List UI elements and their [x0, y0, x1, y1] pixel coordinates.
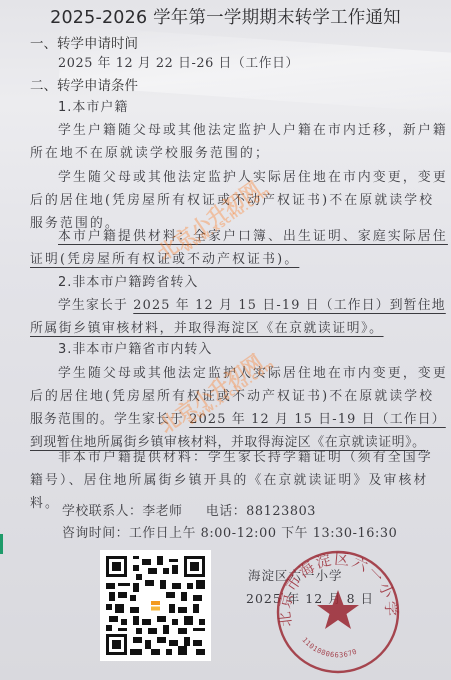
official-stamp-icon: 北京市海淀区六一小学 1101080663670 [274, 548, 402, 676]
section1-heading: 一、转学申请时间 [30, 32, 138, 52]
contact-phone: 电话：88123803 [206, 504, 316, 519]
item3-line: 后的居住地(凭房屋所有权证或不动产权证书)不在原就读学校 [30, 385, 430, 404]
item1-materials: 本市户籍提供材料：全家户口簿、出生证明、家庭实际居住 [58, 225, 451, 244]
document-title: 2025-2026 学年第一学期期末转学工作通知 [0, 4, 451, 29]
item2-line1: 学生家长于 2025 年 12 月 15 日-19 日（工作日）到暂住地 [58, 294, 451, 313]
item1-line: 学生户籍随父母或其他法定监护人户籍在市内迁移，新户籍 [58, 119, 451, 138]
green-edge-tab [0, 534, 3, 554]
svg-text:1101080663670: 1101080663670 [300, 636, 358, 659]
section2-heading: 二、转学申请条件 [30, 74, 138, 94]
item2-heading: 2.非本市户籍跨省转入 [58, 271, 451, 290]
item1-line: 学生随父母或其他法定监护人实际居住地在市内变更，变更 [58, 166, 451, 185]
item2-line2: 所属街乡镇审核材料，并取得海淀区《在京就读证明》。 [30, 317, 430, 336]
item3-date-range: 2025 年 12 月 15 日-19 日（工作日） [189, 412, 446, 427]
item2-date-range: 2025 年 12 月 15 日-19 日（工作日）到暂住地 [133, 298, 446, 313]
qr-code[interactable] [100, 550, 211, 661]
qr-code-icon [106, 556, 205, 655]
application-dates: 2025 年 12 月 22 日-26 日（工作日） [58, 52, 451, 71]
item1-materials: 证明(凭房屋所有权证或不动产权证书)。 [30, 248, 430, 267]
item3-materials: 籍号）、居住地所属街乡镇开具的《在京就读证明》及审核材 [30, 469, 430, 488]
item1-line: 所在地不在原就读学校服务范围的； [30, 142, 430, 161]
item3-prefix: 服务范围的。学生家长于 [30, 412, 189, 427]
item3-line: 学生随父母或其他法定监护人实际居住地在市内变更，变更 [58, 362, 451, 381]
contact-person: 学校联系人：李老师 [62, 504, 183, 519]
item1-line: 后的居住地(凭房屋所有权证或不动产权证书)不在原就读学校 [30, 189, 430, 208]
item3-heading: 3.非本市户籍省市内转入 [58, 338, 451, 357]
item3-line3: 服务范围的。学生家长于 2025 年 12 月 15 日-19 日（工作日） [30, 408, 430, 427]
item1-heading: 1.本市户籍 [58, 96, 451, 115]
item3-materials: 非本市户籍提供材料：学生家长持学籍证明（须有全国学 [58, 446, 451, 465]
contact-line: 学校联系人：李老师 电话：88123803 [62, 500, 451, 519]
item2-prefix: 学生家长于 [58, 298, 133, 313]
consult-hours: 咨询时间：工作日上午 8:00-12:00 下午 13:30-16:30 [62, 522, 451, 541]
